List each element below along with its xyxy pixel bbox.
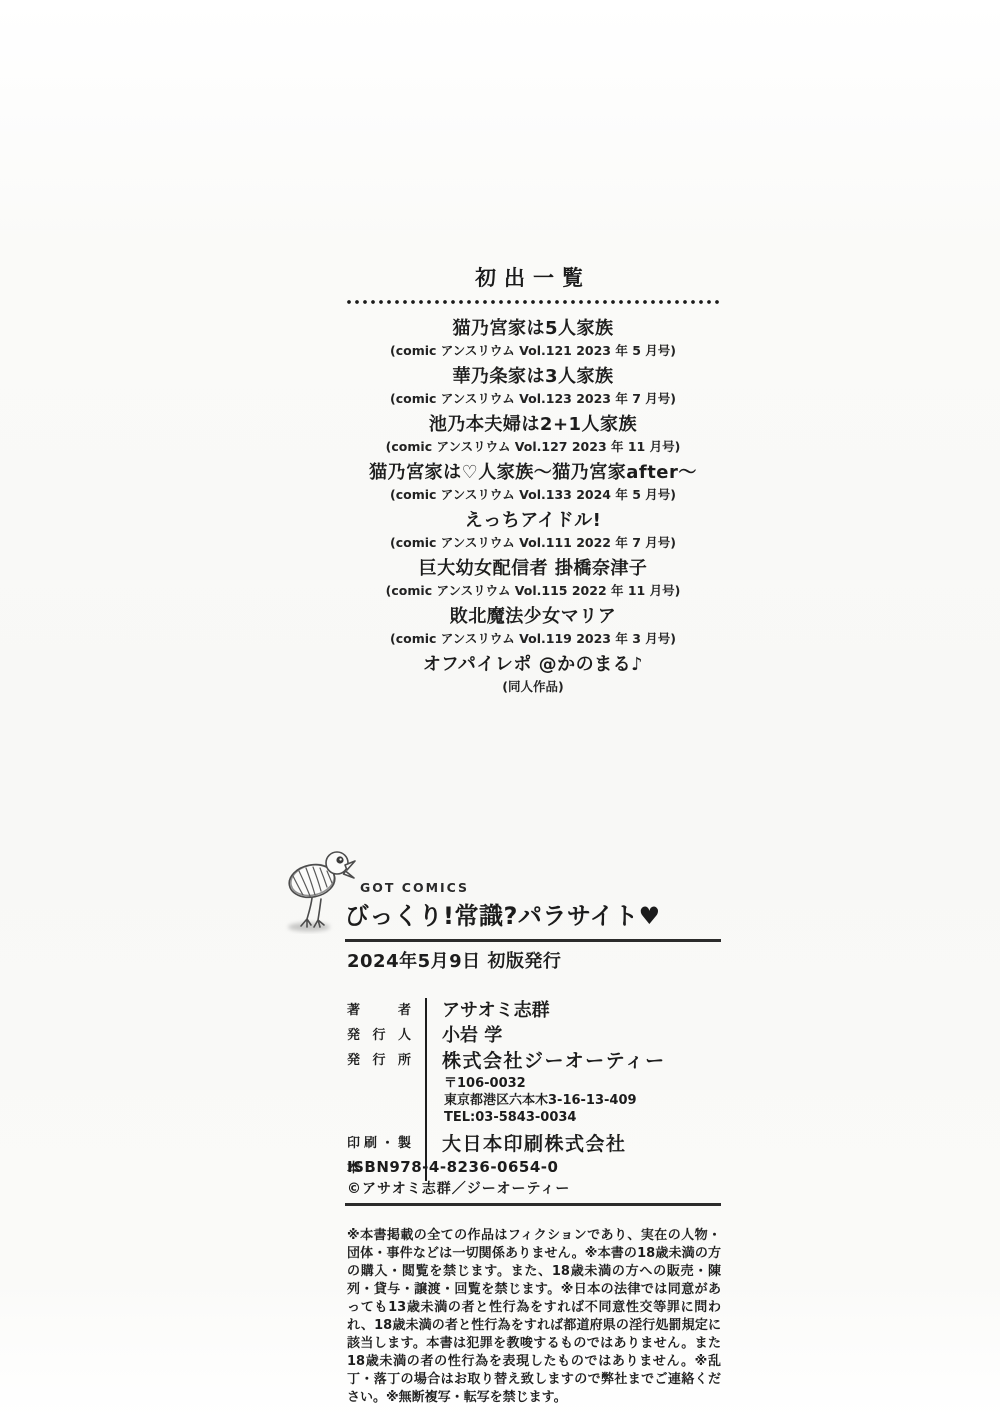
credit-value: 大日本印刷株式会社 xyxy=(442,1131,721,1157)
work-source: (comic アンスリウム Vol.127 2023 年 11 月号) xyxy=(345,437,721,457)
colophon-page: 初出一覧 猫乃宮家は5人家族 (comic アンスリウム Vol.121 202… xyxy=(0,0,1000,1419)
work-title: えっちアイドル! xyxy=(345,509,721,533)
work-title: オフパイレポ @かのまる♪ xyxy=(345,653,721,677)
work-title: 猫乃宮家は5人家族 xyxy=(345,317,721,341)
work-source: (comic アンスリウム Vol.115 2022 年 11 月号) xyxy=(345,581,721,601)
disclaimer-text: ※本書掲載の全ての作品はフィクションであり、実在の人物・団体・事件などは一切関係… xyxy=(347,1227,721,1407)
disclaimer-divider xyxy=(345,1203,721,1206)
credit-label: 発 行 人 xyxy=(347,1023,425,1048)
work-source: (comic アンスリウム Vol.123 2023 年 7 月号) xyxy=(345,389,721,409)
work-title: 敗北魔法少女マリア xyxy=(345,605,721,629)
credit-label: 著 者 xyxy=(347,998,425,1023)
credit-body: 株式会社ジーオーティー 〒106-0032 東京都港区六本木3-16-13-40… xyxy=(425,1048,721,1131)
book-title: びっくり!常識?パラサイト♥ xyxy=(345,900,721,932)
publication-entry: 巨大幼女配信者 掛橋奈津子 (comic アンスリウム Vol.115 2022… xyxy=(345,557,721,601)
isbn-block: ISBN978-4-8236-0654-0 ©アサオミ志群／ジーオーティー xyxy=(347,1156,570,1200)
credit-row-author: 著 者 アサオミ志群 xyxy=(347,998,721,1023)
work-source: (comic アンスリウム Vol.133 2024 年 5 月号) xyxy=(345,485,721,505)
publication-entries: 猫乃宮家は5人家族 (comic アンスリウム Vol.121 2023 年 5… xyxy=(345,317,721,697)
first-publication-section: 初出一覧 猫乃宮家は5人家族 (comic アンスリウム Vol.121 202… xyxy=(345,266,721,701)
credit-value: アサオミ志群 xyxy=(442,998,721,1023)
work-source: (comic アンスリウム Vol.111 2022 年 7 月号) xyxy=(345,533,721,553)
publication-entry: 猫乃宮家は5人家族 (comic アンスリウム Vol.121 2023 年 5… xyxy=(345,317,721,361)
publication-entry: 池乃本夫婦は2+1人家族 (comic アンスリウム Vol.127 2023 … xyxy=(345,413,721,457)
edition-date: 2024年5月9日 初版発行 xyxy=(347,950,561,974)
publication-entry: 華乃条家は3人家族 (comic アンスリウム Vol.123 2023 年 7… xyxy=(345,365,721,409)
work-source: (comic アンスリウム Vol.119 2023 年 3 月号) xyxy=(345,629,721,649)
credits-table: 著 者 アサオミ志群 発 行 人 小岩 学 発 行 所 株式会社ジーオーティー … xyxy=(347,998,721,1181)
credit-label: 発 行 所 xyxy=(347,1048,425,1131)
title-underline xyxy=(345,939,721,942)
work-source: (同人作品) xyxy=(345,677,721,697)
work-title: 猫乃宮家は♡人家族～猫乃宮家after～ xyxy=(345,461,721,485)
work-title: 華乃条家は3人家族 xyxy=(345,365,721,389)
postal-code: 〒106-0032 xyxy=(444,1075,721,1092)
credit-body: アサオミ志群 xyxy=(425,998,721,1023)
work-source: (comic アンスリウム Vol.121 2023 年 5 月号) xyxy=(345,341,721,361)
credit-value: 株式会社ジーオーティー xyxy=(442,1048,721,1074)
credit-row-publishing-house: 発 行 所 株式会社ジーオーティー 〒106-0032 東京都港区六本木3-16… xyxy=(347,1048,721,1131)
credit-value: 小岩 学 xyxy=(442,1023,721,1048)
publication-entry: えっちアイドル! (comic アンスリウム Vol.111 2022 年 7 … xyxy=(345,509,721,553)
imprint-label: GOT COMICS xyxy=(360,880,469,895)
phone-number: TEL:03-5843-0034 xyxy=(444,1109,721,1126)
publication-entry: 猫乃宮家は♡人家族～猫乃宮家after～ (comic アンスリウム Vol.1… xyxy=(345,461,721,505)
credit-row-publisher-person: 発 行 人 小岩 学 xyxy=(347,1023,721,1048)
dotted-divider xyxy=(345,300,721,304)
credit-body: 小岩 学 xyxy=(425,1023,721,1048)
street-address: 東京都港区六本木3-16-13-409 xyxy=(444,1092,721,1109)
publication-entry: オフパイレポ @かのまる♪ (同人作品) xyxy=(345,653,721,697)
work-title: 池乃本夫婦は2+1人家族 xyxy=(345,413,721,437)
publisher-address: 〒106-0032 東京都港区六本木3-16-13-409 TEL:03-584… xyxy=(442,1074,721,1131)
first-publication-heading: 初出一覧 xyxy=(345,266,721,290)
work-title: 巨大幼女配信者 掛橋奈津子 xyxy=(345,557,721,581)
isbn: ISBN978-4-8236-0654-0 xyxy=(347,1156,570,1178)
copyright: ©アサオミ志群／ジーオーティー xyxy=(347,1178,570,1200)
publication-entry: 敗北魔法少女マリア (comic アンスリウム Vol.119 2023 年 3… xyxy=(345,605,721,649)
